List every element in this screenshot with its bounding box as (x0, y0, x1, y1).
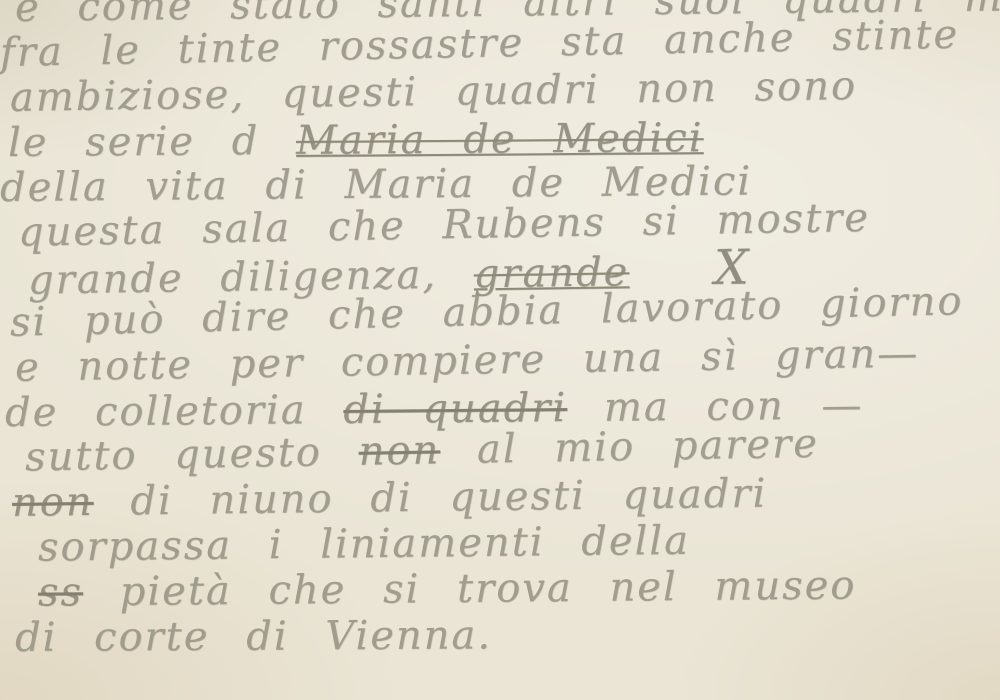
struck-text: ss (38, 569, 83, 615)
handwritten-text: pietà che si trova nel museo (83, 563, 857, 616)
handwritten-text: de colletoria (5, 387, 344, 436)
handwritten-text: sorpassa i liniamenti della (38, 518, 690, 571)
handwritten-text: di niuno di questi quadri (93, 471, 767, 525)
manuscript-page: e come stato santi altri suoi quadri maf… (0, 0, 1000, 700)
handwritten-text: di corte di Vienna. (15, 612, 492, 660)
manuscript-line: ss pietà che si trova nel museo (0, 562, 1000, 616)
struck-text: non (12, 479, 94, 526)
manuscript-text: e come stato santi altri suoi quadri maf… (0, 0, 1000, 661)
struck-text: Maria de Medici (296, 115, 704, 164)
struck-text: non (358, 427, 440, 474)
handwritten-text: al mio parere (440, 421, 819, 474)
manuscript-line: di corte di Vienna. (0, 611, 1000, 661)
handwritten-text: sutto questo (25, 429, 359, 481)
handwritten-text: le serie d (8, 118, 296, 166)
